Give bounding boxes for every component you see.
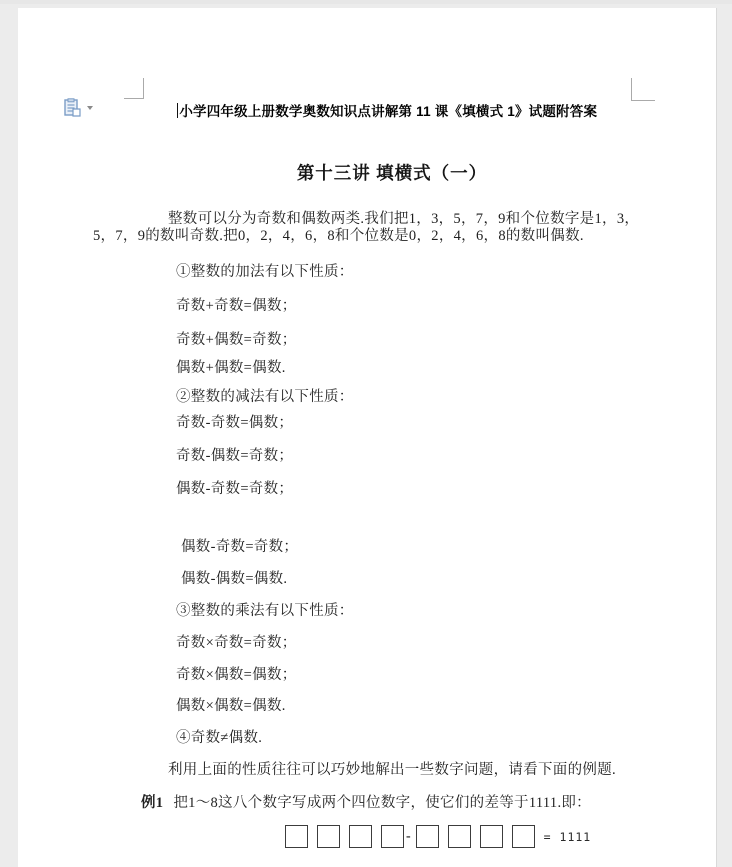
body-line: ②整数的减法有以下性质： <box>176 385 354 406</box>
equation-result: = 1111 <box>544 830 592 844</box>
minus-operator: - <box>406 829 411 845</box>
body-line: 奇数×奇数=奇数； <box>176 631 297 652</box>
equation-row: - = 1111 <box>285 825 591 848</box>
body-line: 奇数+偶数=奇数； <box>176 328 297 349</box>
body-line: 偶数+偶数=偶数. <box>176 356 286 377</box>
body-line: 偶数-偶数=偶数. <box>181 567 287 588</box>
text-boundary-mark-top-left <box>124 78 144 99</box>
document-page: 小学四年级上册数学奥数知识点讲解第 11 课《填横式 1》试题附答案 第十三讲 … <box>18 8 717 867</box>
body-line: 奇数×偶数=偶数； <box>176 663 297 684</box>
body-line: 偶数-奇数=奇数； <box>181 535 298 556</box>
digit-box <box>317 825 340 848</box>
digit-box <box>381 825 404 848</box>
document-title: 小学四年级上册数学奥数知识点讲解第 11 课《填横式 1》试题附答案 <box>179 104 597 119</box>
digit-box <box>512 825 535 848</box>
example-line: 例1把1～8这八个数字写成两个四位数字，使它们的差等于1111.即： <box>141 791 591 812</box>
body-line: 利用上面的性质往往可以巧妙地解出一些数字问题，请看下面的例题. <box>168 758 616 779</box>
body-line: ①整数的加法有以下性质： <box>176 260 354 281</box>
window-top-edge <box>0 0 732 4</box>
body-line: ④奇数≠偶数. <box>176 726 262 747</box>
text-boundary-mark-top-right <box>631 78 655 101</box>
body-line: 偶数-奇数=奇数； <box>176 477 293 498</box>
paste-options-button[interactable] <box>64 96 110 118</box>
digit-box <box>349 825 372 848</box>
word-window: 小学四年级上册数学奥数知识点讲解第 11 课《填横式 1》试题附答案 第十三讲 … <box>0 0 732 867</box>
title-row: 小学四年级上册数学奥数知识点讲解第 11 课《填横式 1》试题附答案 <box>142 100 632 121</box>
section-heading: 第十三讲 填横式（一） <box>142 160 642 185</box>
chevron-down-icon[interactable] <box>87 106 93 110</box>
clipboard-paste-icon <box>64 98 81 117</box>
body-line: 奇数-偶数=奇数； <box>176 444 293 465</box>
body-line: 奇数-奇数=偶数； <box>176 411 293 432</box>
digit-box <box>480 825 503 848</box>
body-line: ③整数的乘法有以下性质： <box>176 599 354 620</box>
digit-box <box>416 825 439 848</box>
digit-box <box>448 825 471 848</box>
example-label: 例1 <box>141 795 163 811</box>
body-line: 偶数×偶数=偶数. <box>176 694 286 715</box>
digit-box <box>285 825 308 848</box>
example-text: 把1～8这八个数字写成两个四位数字，使它们的差等于1111.即： <box>173 795 591 811</box>
paragraph-line: 5，7，9的数叫奇数.把0，2，4，6，8和个位数是0，2，4，6，8的数叫偶数… <box>93 224 584 245</box>
body-line: 奇数+奇数=偶数； <box>176 294 297 315</box>
